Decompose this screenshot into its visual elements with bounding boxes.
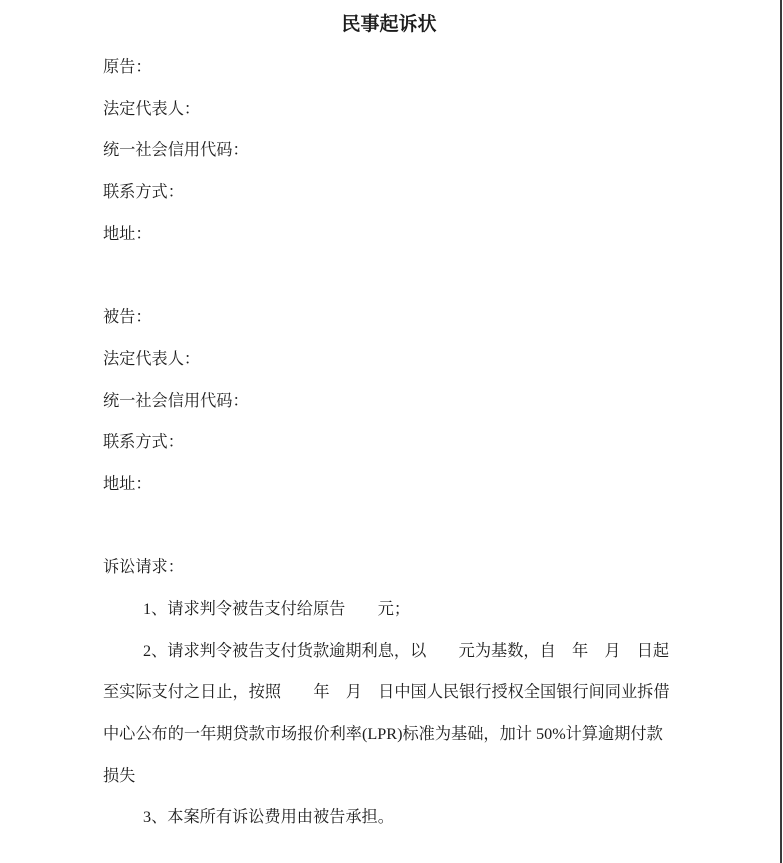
plaintiff-section: 原告： 法定代表人： 统一社会信用代码： 联系方式： 地址： <box>103 47 675 255</box>
claim-item-2: 2、请求判令被告支付货款逾期利息，以 元为基数，自 年 月 日起 至实际支付之日… <box>103 631 675 798</box>
defendant-party-label: 被告： <box>103 297 675 339</box>
claim-item-3: 3、本案所有诉讼费用由被告承担。 <box>103 797 675 839</box>
claim-item-2-line-3: 中心公布的一年期贷款市场报价利率(LPR)标准为基础，加计 50%计算逾期付款 <box>103 714 675 756</box>
plaintiff-address-label: 地址： <box>103 214 675 256</box>
plaintiff-contact-label: 联系方式： <box>103 172 675 214</box>
document-body: 原告： 法定代表人： 统一社会信用代码： 联系方式： 地址： 被告： 法定代表人… <box>103 47 675 839</box>
claim-item-2-line-2: 至实际支付之日止，按照 年 月 日中国人民银行授权全国银行间同业拆借 <box>103 672 675 714</box>
blank-line <box>103 255 675 297</box>
page-right-border <box>780 0 782 863</box>
plaintiff-party-label: 原告： <box>103 47 675 89</box>
claims-section: 诉讼请求： 1、请求判令被告支付给原告 元； 2、请求判令被告支付货款逾期利息，… <box>103 547 675 839</box>
defendant-legal-representative-label: 法定代表人： <box>103 339 675 381</box>
claim-item-2-line-1: 2、请求判令被告支付货款逾期利息，以 元为基数，自 年 月 日起 <box>103 631 675 673</box>
defendant-contact-label: 联系方式： <box>103 422 675 464</box>
document-title: 民事起诉状 <box>103 0 675 42</box>
plaintiff-credit-code-label: 统一社会信用代码： <box>103 130 675 172</box>
blank-line <box>103 506 675 548</box>
plaintiff-legal-representative-label: 法定代表人： <box>103 89 675 131</box>
defendant-address-label: 地址： <box>103 464 675 506</box>
document-content: 民事起诉状 原告： 法定代表人： 统一社会信用代码： 联系方式： 地址： 被告：… <box>103 0 675 839</box>
defendant-credit-code-label: 统一社会信用代码： <box>103 381 675 423</box>
defendant-section: 被告： 法定代表人： 统一社会信用代码： 联系方式： 地址： <box>103 297 675 505</box>
claims-heading: 诉讼请求： <box>103 547 675 589</box>
claim-item-1: 1、请求判令被告支付给原告 元； <box>103 589 675 631</box>
claim-item-2-line-4: 损失 <box>103 756 675 798</box>
